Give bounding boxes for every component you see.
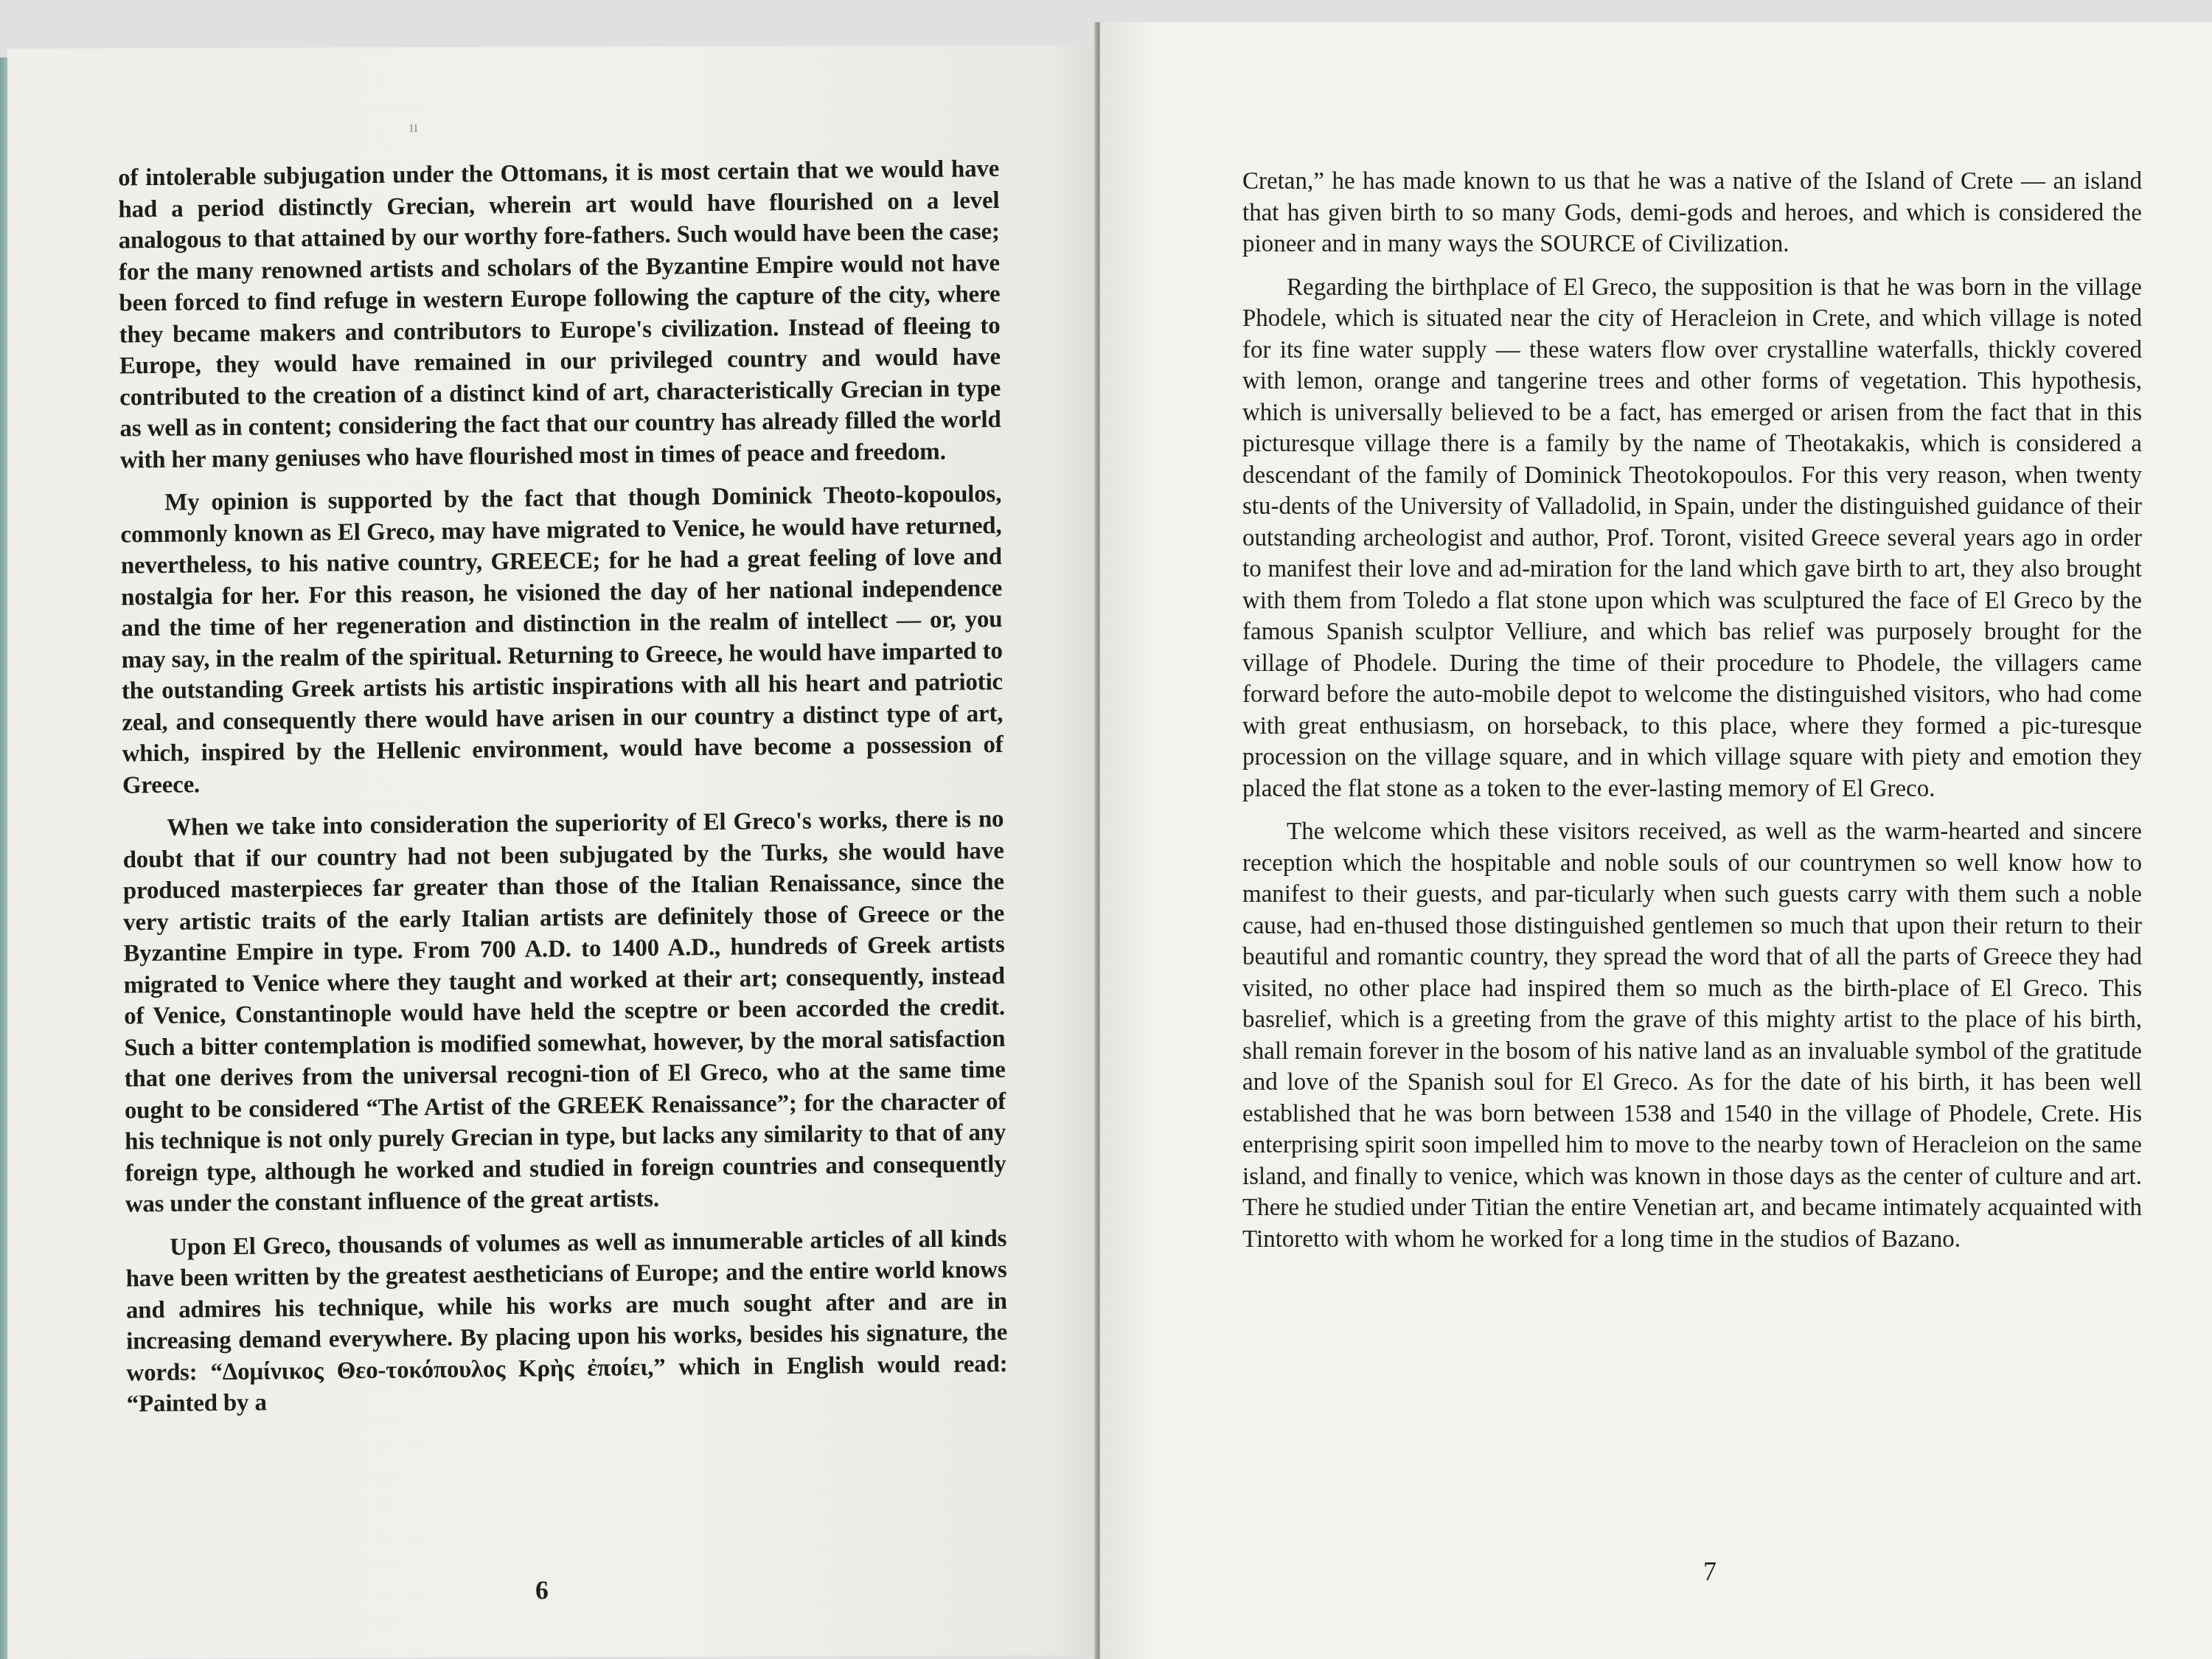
left-page: ıı of intolerable subjugation under the … [7, 45, 1099, 1659]
page-number: 7 [1688, 1556, 1732, 1587]
paragraph: Regarding the birthplace of El Greco, th… [1242, 272, 2142, 805]
paragraph: The welcome which these visitors receive… [1242, 816, 2142, 1255]
right-page: Cretan,” he has made known to us that he… [1100, 22, 2212, 1659]
open-booklet: ıı of intolerable subjugation under the … [0, 0, 2212, 1659]
header-mark: ıı [409, 117, 418, 136]
paragraph: of intolerable subjugation under the Ott… [118, 153, 1001, 476]
paragraph: My opinion is supported by the fact that… [120, 479, 1004, 801]
paragraph: When we take into consideration the supe… [122, 804, 1006, 1220]
left-page-text: of intolerable subjugation under the Ott… [118, 153, 1008, 1432]
page-number: 6 [520, 1574, 564, 1605]
right-page-text: Cretan,” he has made known to us that he… [1242, 166, 2142, 1267]
paragraph: Cretan,” he has made known to us that he… [1242, 166, 2142, 260]
paragraph: Upon El Greco, thousands of volumes as w… [125, 1222, 1008, 1420]
